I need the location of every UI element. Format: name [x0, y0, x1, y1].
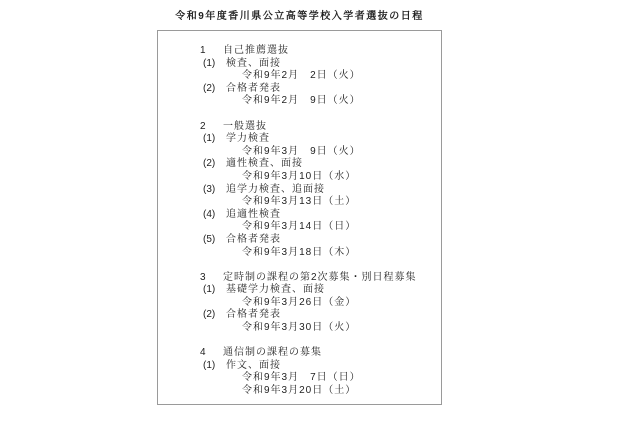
- section-heading: 2一般選抜: [158, 121, 441, 134]
- section-general-selection: 2一般選抜 (1)学力検査 令和9年3月 9日（火） (2)適性検査、面接 令和…: [158, 121, 441, 260]
- section-number: 4: [200, 347, 223, 360]
- item-number: (3): [203, 184, 226, 197]
- section-number: 3: [200, 272, 223, 285]
- section-title: 自己推薦選抜: [223, 45, 289, 56]
- item-number: (2): [203, 309, 226, 322]
- page-title: 令和9年度香川県公立高等学校入学者選抜の日程: [157, 11, 442, 23]
- date-row: 令和9年2月 9日（火）: [158, 95, 441, 108]
- item-label: 追学力検査、追面接: [226, 184, 325, 195]
- date-row: 令和9年3月 9日（火）: [158, 146, 441, 159]
- section-title: 定時制の課程の第2次募集・別日程募集: [223, 272, 417, 283]
- section-correspondence-recruitment: 4通信制の課程の募集 (1)作文、面接 令和9年3月 7日（日） 令和9年3月2…: [158, 347, 441, 397]
- item-row: (1)学力検査: [158, 133, 441, 146]
- item-number: (2): [203, 83, 226, 96]
- item-label: 作文、面接: [226, 360, 281, 371]
- section-heading: 3定時制の課程の第2次募集・別日程募集: [158, 272, 441, 285]
- date-row: 令和9年3月10日（水）: [158, 171, 441, 184]
- item-number: (4): [203, 209, 226, 222]
- section-title: 一般選抜: [223, 121, 267, 132]
- item-label: 適性検査、面接: [226, 158, 303, 169]
- item-number: (2): [203, 158, 226, 171]
- item-label: 検査、面接: [226, 58, 281, 69]
- document-page: 令和9年度香川県公立高等学校入学者選抜の日程 1自己推薦選抜 (1)検査、面接 …: [0, 0, 640, 426]
- item-row: (4)追適性検査: [158, 209, 441, 222]
- item-row: (2)適性検査、面接: [158, 158, 441, 171]
- date-row: 令和9年3月30日（火）: [158, 322, 441, 335]
- date-row: 令和9年3月13日（土）: [158, 196, 441, 209]
- date-row: 令和9年3月26日（金）: [158, 297, 441, 310]
- section-number: 2: [200, 121, 223, 134]
- item-label: 合格者発表: [226, 234, 281, 245]
- section-heading: 1自己推薦選抜: [158, 45, 441, 58]
- item-number: (1): [203, 133, 226, 146]
- item-number: (1): [203, 360, 226, 373]
- item-number: (1): [203, 58, 226, 71]
- item-number: (1): [203, 284, 226, 297]
- section-heading: 4通信制の課程の募集: [158, 347, 441, 360]
- date-row: 令和9年2月 2日（火）: [158, 70, 441, 83]
- section-number: 1: [200, 45, 223, 58]
- document-content: 令和9年度香川県公立高等学校入学者選抜の日程 1自己推薦選抜 (1)検査、面接 …: [157, 11, 442, 405]
- item-label: 学力検査: [226, 133, 270, 144]
- section-parttime-second-recruitment: 3定時制の課程の第2次募集・別日程募集 (1)基礎学力検査、面接 令和9年3月2…: [158, 272, 441, 335]
- item-row: (3)追学力検査、追面接: [158, 184, 441, 197]
- date-row: 令和9年3月14日（日）: [158, 221, 441, 234]
- date-row: 令和9年3月18日（木）: [158, 247, 441, 260]
- item-label: 合格者発表: [226, 309, 281, 320]
- item-label: 基礎学力検査、面接: [226, 284, 325, 295]
- item-row: (2)合格者発表: [158, 83, 441, 96]
- section-self-recommendation: 1自己推薦選抜 (1)検査、面接 令和9年2月 2日（火） (2)合格者発表 令…: [158, 45, 441, 108]
- item-row: (1)基礎学力検査、面接: [158, 284, 441, 297]
- date-row: 令和9年3月 7日（日）: [158, 372, 441, 385]
- item-row: (1)作文、面接: [158, 360, 441, 373]
- item-row: (5)合格者発表: [158, 234, 441, 247]
- item-row: (1)検査、面接: [158, 58, 441, 71]
- item-label: 追適性検査: [226, 209, 281, 220]
- item-number: (5): [203, 234, 226, 247]
- schedule-box: 1自己推薦選抜 (1)検査、面接 令和9年2月 2日（火） (2)合格者発表 令…: [157, 30, 442, 405]
- item-label: 合格者発表: [226, 83, 281, 94]
- section-title: 通信制の課程の募集: [223, 347, 322, 358]
- item-row: (2)合格者発表: [158, 309, 441, 322]
- date-row: 令和9年3月20日（土）: [158, 385, 441, 398]
